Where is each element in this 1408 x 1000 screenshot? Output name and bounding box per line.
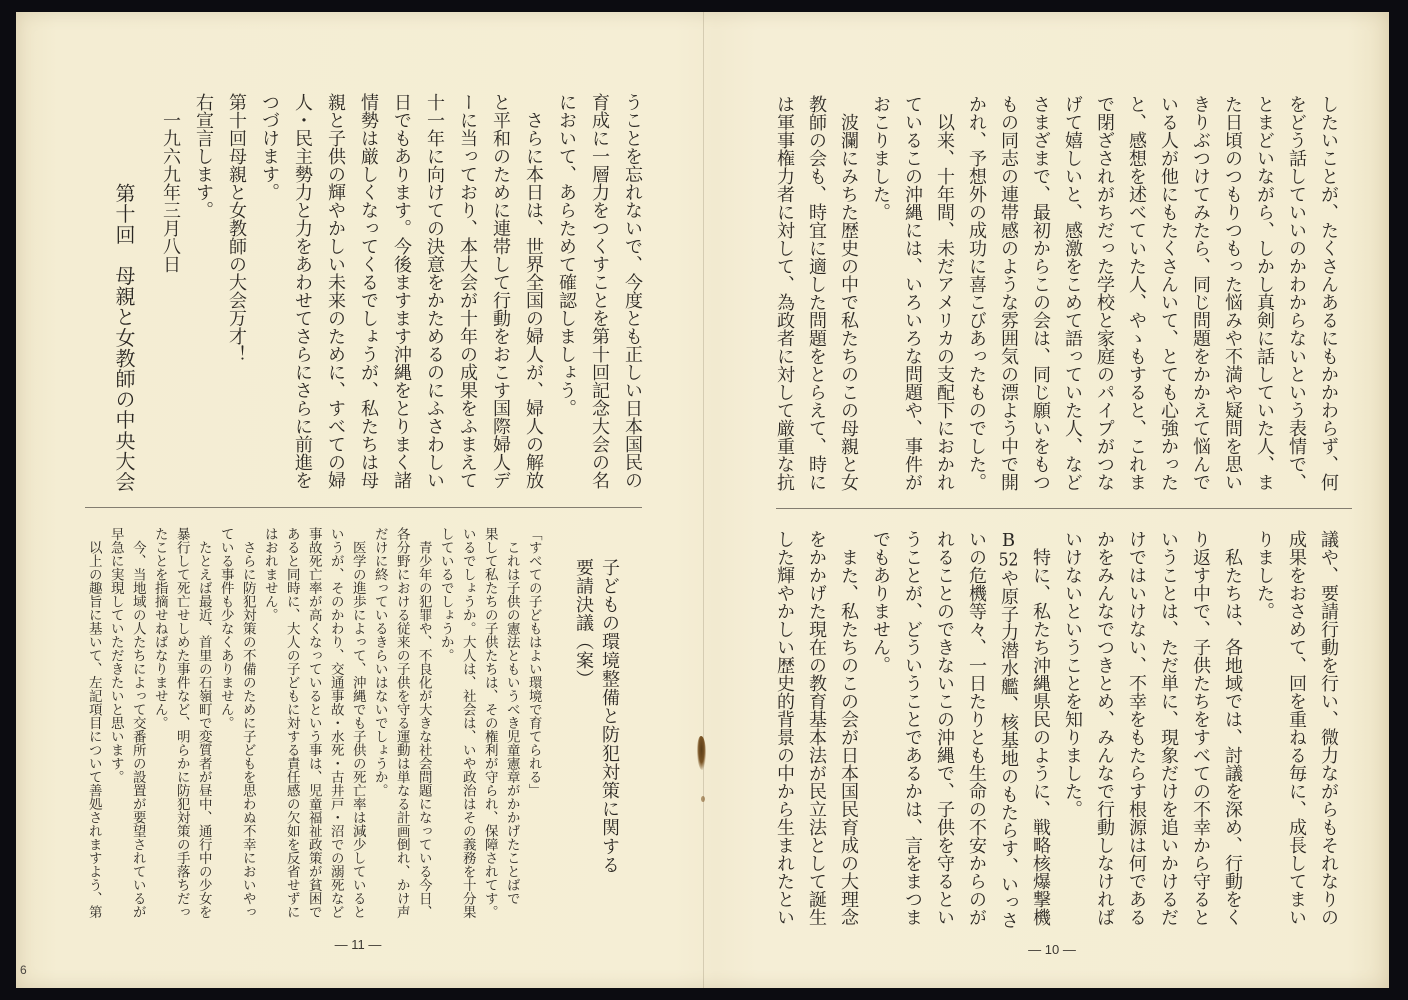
text-column: いうことは、ただ単に、現象だけを追いかけるだ	[1159, 530, 1177, 926]
resolution-subtitle: 要請決議（案）	[574, 558, 592, 688]
text-column: げて嬉しいと、感激をこめて語っていた人、など	[1063, 95, 1081, 491]
text-column: たとえば最近、首里の石嶺町で変質者が昼中、通行中の少女を	[196, 527, 210, 919]
text-column: 波瀾にみちた歴史の中で私たちのこの母親と女	[839, 95, 857, 491]
text-column: 各分野における従来の子供を守る運動は単なる計画倒れ、かけ声	[394, 527, 408, 919]
stain-dot	[701, 796, 705, 802]
page-number: — 11 —	[335, 937, 382, 952]
text-column: 日でもあります。今後ますます沖縄をとりまく諸	[392, 93, 410, 489]
text-column: 今、当地域の人たちによって交番所の設置が要望されているが	[130, 527, 144, 919]
text-column: うことが、どういうことであるかは、言をまつま	[903, 530, 921, 926]
text-column: 以来、十年間、未だアメリカの支配下におかれ	[935, 95, 953, 491]
text-column: いの危機等々、一日たりとも生命の不安からのが	[967, 530, 985, 926]
text-column: しているでしょうか。	[438, 527, 452, 662]
text-column: 「すべての子どもはよい環境で育てられる」	[526, 527, 540, 797]
text-column: 一九六九年三月八日	[161, 93, 179, 273]
text-column: 議や、要請行動を行い、微力ながらもそれなりの	[1319, 530, 1337, 926]
text-column: 教師の会も、時宜に適した問題をとらえて、時に	[807, 95, 825, 491]
text-column: もの同志の連帯感のような雰囲気の漂よう中で開	[999, 95, 1017, 491]
corner-mark: 6	[20, 963, 27, 977]
text-column: B52や原子力潜水艦、核基地のもたらす、いっさ	[999, 530, 1017, 929]
text-column: また、私たちのこの会が日本国民育成の大理念	[839, 530, 857, 926]
text-column: り返す中で、子供たちをすべての不幸から守ると	[1191, 530, 1209, 926]
declaration-signature: 第十回 母親と女教師の中央大会	[114, 93, 134, 492]
text-column: だけに終っているきらいはないでしょうか。	[372, 527, 386, 797]
text-column: ている事件も少なくありません。	[218, 527, 232, 730]
text-column: 親と子供の輝やかしい未来のために、すべての婦	[326, 93, 344, 489]
text-column: 事故死亡率が高くなっているという事は、児童福祉政策が貧困で	[306, 527, 320, 919]
text-column: 早急に実現していただきたいと思います。	[108, 527, 122, 784]
text-column: ーに当っており、本大会が十年の成果をふまえて	[458, 93, 476, 489]
text-column: とまどいながら、しかし真剣に話していた人、ま	[1255, 95, 1273, 491]
text-column: 成果をおさめて、回を重ねる毎に、成長してまい	[1287, 530, 1305, 926]
text-column: あると同時に、大人の子どもに対する責任感の欠如を反省せずに	[284, 527, 298, 919]
text-column: 育成に一層力をつくすことを第十回記念大会の名	[590, 93, 608, 489]
text-column: と平和のために連帯して行動をおこす国際婦人デ	[491, 93, 509, 489]
text-column: において、あらためて確認しましょう。	[557, 93, 575, 417]
resolution-title: 子どもの環境整備と防犯対策に関する	[600, 558, 618, 874]
text-column: さらに本日は、世界全国の婦人が、婦人の解放	[524, 93, 542, 489]
text-column: りました。	[1255, 530, 1273, 620]
text-column: つづけます。	[260, 93, 278, 201]
text-column: いる人が他にもたくさんいて、とても心強かった	[1159, 95, 1177, 491]
text-column: をどう話していいのかわからないという表情で、	[1287, 95, 1305, 491]
text-column: 特に、私たち沖縄県民のように、戦略核爆撃機	[1031, 530, 1049, 926]
text-column: 右宣言します。	[194, 93, 212, 219]
text-column: うことを忘れないで、今度とも正しい日本国民の	[623, 93, 641, 489]
section-divider-right	[776, 508, 1352, 509]
text-column: ているこの沖縄には、いろいろな問題や、事件が	[903, 95, 921, 491]
text-column: と、感想を述べていた人、やゝもすると、これま	[1127, 95, 1145, 491]
text-column: 医学の進歩によって、沖縄でも子供の死亡率は減少していると	[350, 527, 364, 919]
text-column: でもありません。	[871, 530, 889, 674]
text-column: 第十回母親と女教師の大会万才！	[227, 93, 245, 363]
text-column: で閉ざされがちだった学校と家庭のパイプがつな	[1095, 95, 1113, 491]
text-column: いるでしょうか。大人は、社会は、いや政治はその義務を十分果	[460, 527, 474, 919]
text-column: たことを指摘せねばなりません。	[152, 527, 166, 730]
text-column: いけないということを知りました。	[1063, 530, 1081, 818]
text-column: れることのできないこの沖縄で、子供を守るとい	[935, 530, 953, 926]
text-column: さらに防犯対策の不備のために子どもを思わぬ不幸においやっ	[240, 527, 254, 919]
staple-stain	[697, 736, 706, 770]
center-fold	[703, 12, 704, 988]
text-column: をかかげた現在の教育基本法が民立法として誕生	[807, 530, 825, 926]
text-column: 以上の趣旨に基いて、左記項目について善処されますよう、第	[86, 527, 100, 919]
text-column: これは子供の憲法ともいうべき児童憲章がかかげたことばで	[504, 527, 518, 905]
text-column: 果して私たちの子供たちは、その権利が守られ、保障されてす。	[482, 527, 496, 919]
text-column: は軍事権力者に対して、為政者に対して厳重な抗	[775, 95, 793, 491]
booklet-spread: うことを忘れないで、今度とも正しい日本国民の育成に一層力をつくすことを第十回記念…	[0, 0, 1408, 1000]
text-column: 暴行して死亡せしめた事件など、明らかに防犯対策の手落ちだっ	[174, 527, 188, 919]
text-column: 情勢は厳しくなってくるでしょうが、私たちは母	[359, 93, 377, 489]
text-column: けではいけない、不幸をもたらす根源は何である	[1127, 530, 1145, 926]
section-divider-left	[85, 507, 642, 508]
page-number: — 10 —	[1028, 942, 1076, 957]
text-column: さまざまで、最初からこの会は、同じ願いをもつ	[1031, 95, 1049, 491]
text-column: はおれません。	[262, 527, 276, 622]
text-column: かれ、予想外の成功に喜こびあったものでした。	[967, 95, 985, 491]
text-column: 私たちは、各地域では、討議を深め、行動をく	[1223, 530, 1241, 926]
text-column: きりぶつけてみたら、同じ問題をかかえて悩んで	[1191, 95, 1209, 491]
text-column: 人・民主勢力と力をあわせてさらにさらに前進を	[293, 93, 311, 489]
text-column: いうが、そのかわり、交通事故・水死・古井戸・沼での溺死など	[328, 527, 342, 919]
text-column: かをみんなでつきとめ、みんなで行動しなければ	[1095, 530, 1113, 926]
text-column: 青少年の犯罪や、不良化が大きな社会問題になっている今日、	[416, 527, 430, 919]
text-column: した輝やかしい歴史的背景の中から生まれたとい	[775, 530, 793, 926]
text-column: おこりました。	[871, 95, 889, 221]
text-column: 十一年に向けての決意をかためるのにふさわしい	[425, 93, 443, 489]
text-column: したいことが、たくさんあるにもかかわらず、何	[1319, 95, 1337, 491]
text-column: た日頃のつもりつもった悩みや不満や疑問を思い	[1223, 95, 1241, 491]
